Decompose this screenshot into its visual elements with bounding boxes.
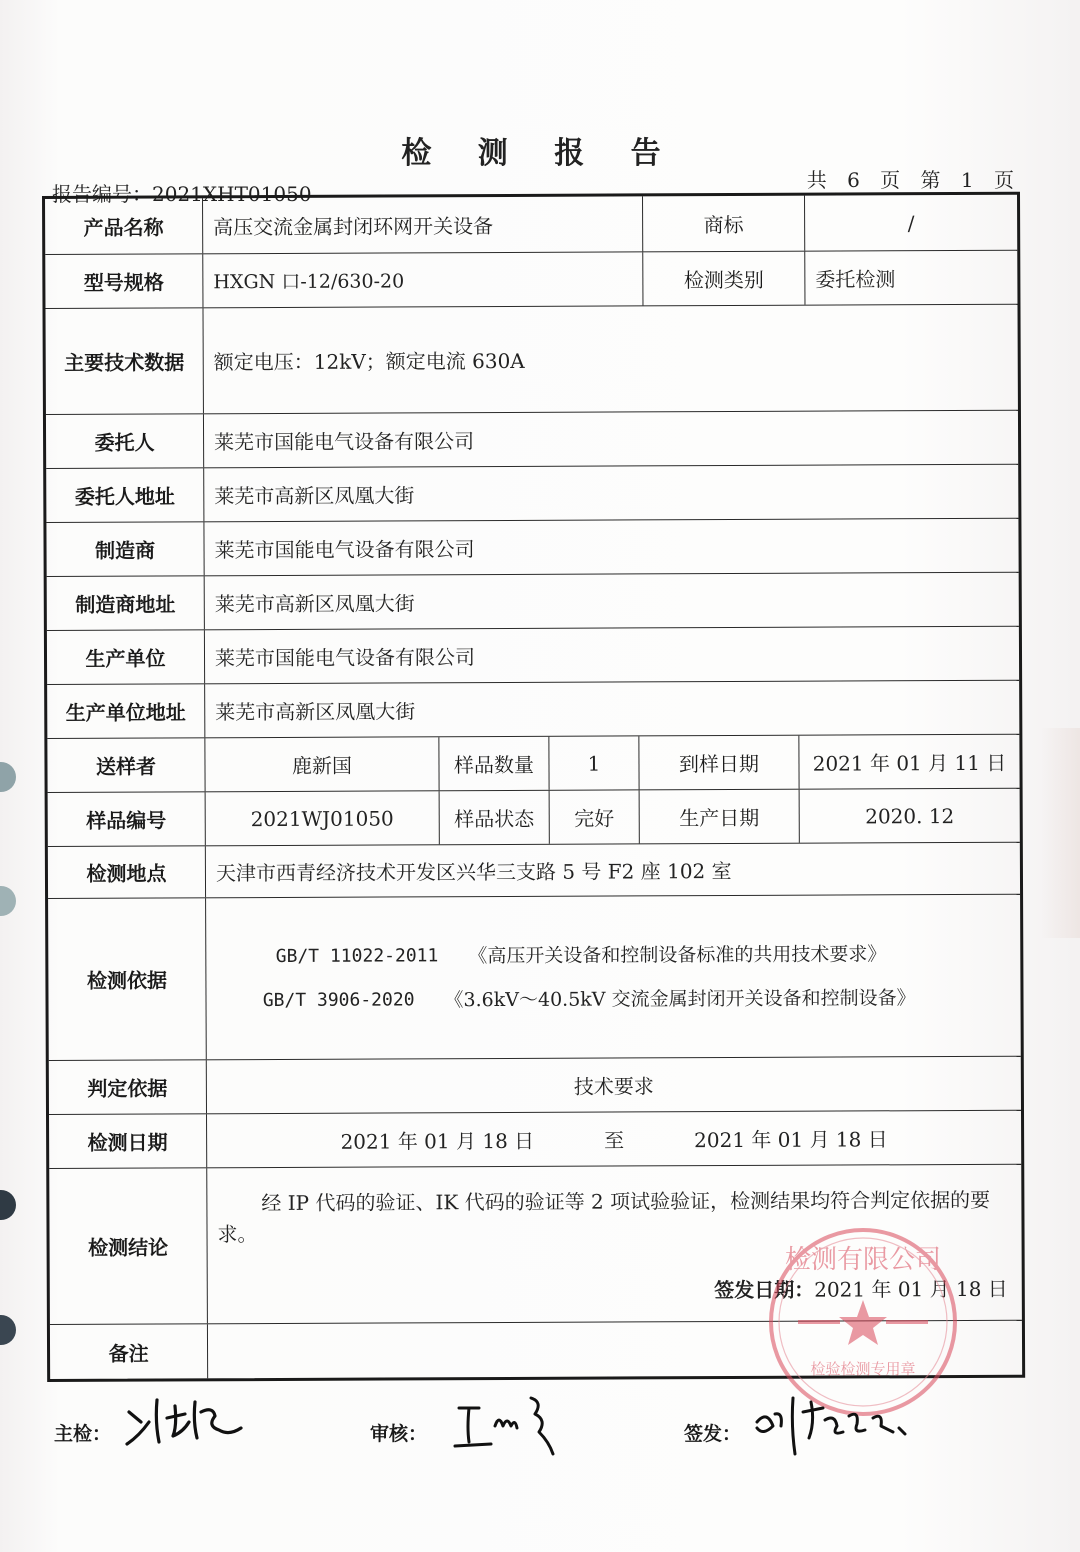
row-main-tech-data: 主要技术数据 额定电压：12kV；额定电流 630A xyxy=(45,305,1017,415)
standard-code: GB/T 3906-2020 xyxy=(206,978,414,1023)
row-remarks: 备注 xyxy=(50,1321,1022,1379)
label-conclusion: 检测结论 xyxy=(49,1168,208,1324)
value-manufacturer-address: 莱芜市高新区凤凰大街 xyxy=(205,573,1019,630)
label-manufacturer: 制造商 xyxy=(46,522,204,576)
row-test-date: 检测日期 2021 年 01 月 18 日 至 2021 年 01 月 18 日 xyxy=(49,1111,1021,1169)
value-sample-quantity: 1 xyxy=(549,736,639,789)
label-production-unit-address: 生产单位地址 xyxy=(47,684,205,738)
page-info: 共 6 页 第 1 页 xyxy=(807,164,1014,193)
label-production-unit: 生产单位 xyxy=(47,630,205,684)
conclusion-text: 经 IP 代码的验证、IK 代码的验证等 2 项试验验证，检测结果均符合判定依据… xyxy=(217,1185,1007,1250)
standard-name: 《3.6kV～40.5kV 交流金属封闭开关设备和控制设备》 xyxy=(414,976,915,1022)
handwritten-signature-icon xyxy=(753,1392,923,1456)
label-client: 委托人 xyxy=(46,414,204,468)
row-sample-number: 样品编号 2021WJ01050 样品状态 完好 生产日期 2020. 12 xyxy=(48,789,1020,847)
value-arrival-date: 2021 年 01 月 11 日 xyxy=(799,735,1019,789)
value-sample-status: 完好 xyxy=(550,790,640,843)
signature-issuer: 签发： xyxy=(684,1392,923,1456)
row-production-unit-address: 生产单位地址 莱芜市高新区凤凰大街 xyxy=(47,681,1019,739)
label-test-location: 检测地点 xyxy=(48,846,206,898)
value-model-spec: HXGN 口-12/630-20 xyxy=(203,252,643,307)
signature-reviewer: 审核： xyxy=(370,1392,569,1456)
label-client-address: 委托人地址 xyxy=(46,468,204,522)
label-main-tech-data: 主要技术数据 xyxy=(45,308,203,414)
label-product-name: 产品名称 xyxy=(45,198,203,254)
row-test-location: 检测地点 天津市西青经济技术开发区兴华三支路 5 号 F2 座 102 室 xyxy=(48,843,1020,899)
row-production-unit: 生产单位 莱芜市国能电气设备有限公司 xyxy=(47,627,1019,685)
row-judgment-basis: 判定依据 技术要求 xyxy=(49,1057,1021,1115)
row-conclusion: 检测结论 经 IP 代码的验证、IK 代码的验证等 2 项试验验证，检测结果均符… xyxy=(49,1165,1022,1325)
test-date-separator: 至 xyxy=(604,1124,624,1153)
label-production-date: 生产日期 xyxy=(640,790,800,844)
handwritten-signature-icon xyxy=(123,1392,263,1456)
label-test-date: 检测日期 xyxy=(49,1114,207,1168)
test-basis-item: GB/T 11022-2011 《高压开关设备和控制设备标准的共用技术要求》 xyxy=(206,931,1020,979)
label-test-basis: 检测依据 xyxy=(48,898,207,1060)
label-model-spec: 型号规格 xyxy=(45,254,203,308)
value-product-name: 高压交流金属封闭环网开关设备 xyxy=(203,196,643,253)
row-client: 委托人 莱芜市国能电气设备有限公司 xyxy=(46,411,1018,469)
row-test-basis: 检测依据 GB/T 11022-2011 《高压开关设备和控制设备标准的共用技术… xyxy=(48,895,1021,1061)
signature-chief-inspector: 主检： xyxy=(54,1392,263,1456)
value-trademark: / xyxy=(805,195,1017,251)
conclusion-block: 经 IP 代码的验证、IK 代码的验证等 2 项试验验证，检测结果均符合判定依据… xyxy=(207,1165,1022,1324)
value-production-date: 2020. 12 xyxy=(800,789,1020,843)
value-sender: 鹿新国 xyxy=(205,737,439,791)
standard-code: GB/T 11022-2011 xyxy=(206,934,438,979)
value-client-address: 莱芜市高新区凤凰大街 xyxy=(204,465,1018,522)
issue-date: 签发日期：2021 年 01 月 18 日 xyxy=(714,1273,1008,1303)
test-basis-item: GB/T 3906-2020 《3.6kV～40.5kV 交流金属封闭开关设备和… xyxy=(206,975,1020,1023)
label-sample-status: 样品状态 xyxy=(440,791,550,844)
issue-date-label: 签发日期： xyxy=(714,1278,814,1302)
label-manufacturer-address: 制造商地址 xyxy=(47,576,205,630)
label-arrival-date: 到样日期 xyxy=(639,736,799,790)
current-page: 第 1 页 xyxy=(921,168,1014,192)
row-manufacturer-address: 制造商地址 莱芜市高新区凤凰大街 xyxy=(47,573,1019,631)
value-remarks xyxy=(208,1321,1022,1379)
edge-stain xyxy=(1040,728,1080,938)
value-test-location: 天津市西青经济技术开发区兴华三支路 5 号 F2 座 102 室 xyxy=(206,843,1020,898)
total-pages: 共 6 页 xyxy=(807,168,900,192)
issue-date-value: 2021 年 01 月 18 日 xyxy=(814,1277,1008,1302)
row-manufacturer: 制造商 莱芜市国能电气设备有限公司 xyxy=(46,519,1018,577)
handwritten-signature-icon xyxy=(439,1392,569,1456)
value-main-tech-data: 额定电压：12kV；额定电流 630A xyxy=(203,305,1017,414)
label-test-type: 检测类别 xyxy=(643,252,805,306)
value-test-date: 2021 年 01 月 18 日 至 2021 年 01 月 18 日 xyxy=(207,1111,1021,1168)
value-test-type: 委托检测 xyxy=(805,251,1017,305)
reviewer-label: 审核： xyxy=(370,1419,427,1446)
row-client-address: 委托人地址 莱芜市高新区凤凰大街 xyxy=(46,465,1018,523)
value-sample-number: 2021WJ01050 xyxy=(206,791,440,845)
value-manufacturer: 莱芜市国能电气设备有限公司 xyxy=(204,519,1018,576)
test-date-start: 2021 年 01 月 18 日 xyxy=(340,1125,534,1155)
row-product-name: 产品名称 高压交流金属封闭环网开关设备 商标 / xyxy=(45,195,1017,255)
value-judgment-basis: 技术要求 xyxy=(207,1057,1021,1114)
test-date-end: 2021 年 01 月 18 日 xyxy=(694,1123,888,1153)
issuer-label: 签发： xyxy=(684,1419,741,1446)
signature-row: 主检： 审核： 签发： xyxy=(0,1392,1080,1462)
label-trademark: 商标 xyxy=(643,196,805,252)
label-sample-number: 样品编号 xyxy=(48,792,206,846)
standard-name: 《高压开关设备和控制设备标准的共用技术要求》 xyxy=(438,932,886,978)
test-basis-list: GB/T 11022-2011 《高压开关设备和控制设备标准的共用技术要求》 G… xyxy=(206,895,1021,1060)
value-production-unit-address: 莱芜市高新区凤凰大街 xyxy=(205,681,1019,738)
label-sample-quantity: 样品数量 xyxy=(439,737,549,790)
label-sender: 送样者 xyxy=(47,738,205,792)
value-production-unit: 莱芜市国能电气设备有限公司 xyxy=(205,627,1019,684)
label-remarks: 备注 xyxy=(50,1324,208,1379)
value-client: 莱芜市国能电气设备有限公司 xyxy=(204,411,1018,468)
chief-inspector-label: 主检： xyxy=(54,1419,111,1446)
row-sender: 送样者 鹿新国 样品数量 1 到样日期 2021 年 01 月 11 日 xyxy=(47,735,1019,793)
report-table: 产品名称 高压交流金属封闭环网开关设备 商标 / 型号规格 HXGN 口-12/… xyxy=(42,192,1025,1382)
row-model-spec: 型号规格 HXGN 口-12/630-20 检测类别 委托检测 xyxy=(45,251,1017,309)
label-judgment-basis: 判定依据 xyxy=(49,1060,207,1114)
